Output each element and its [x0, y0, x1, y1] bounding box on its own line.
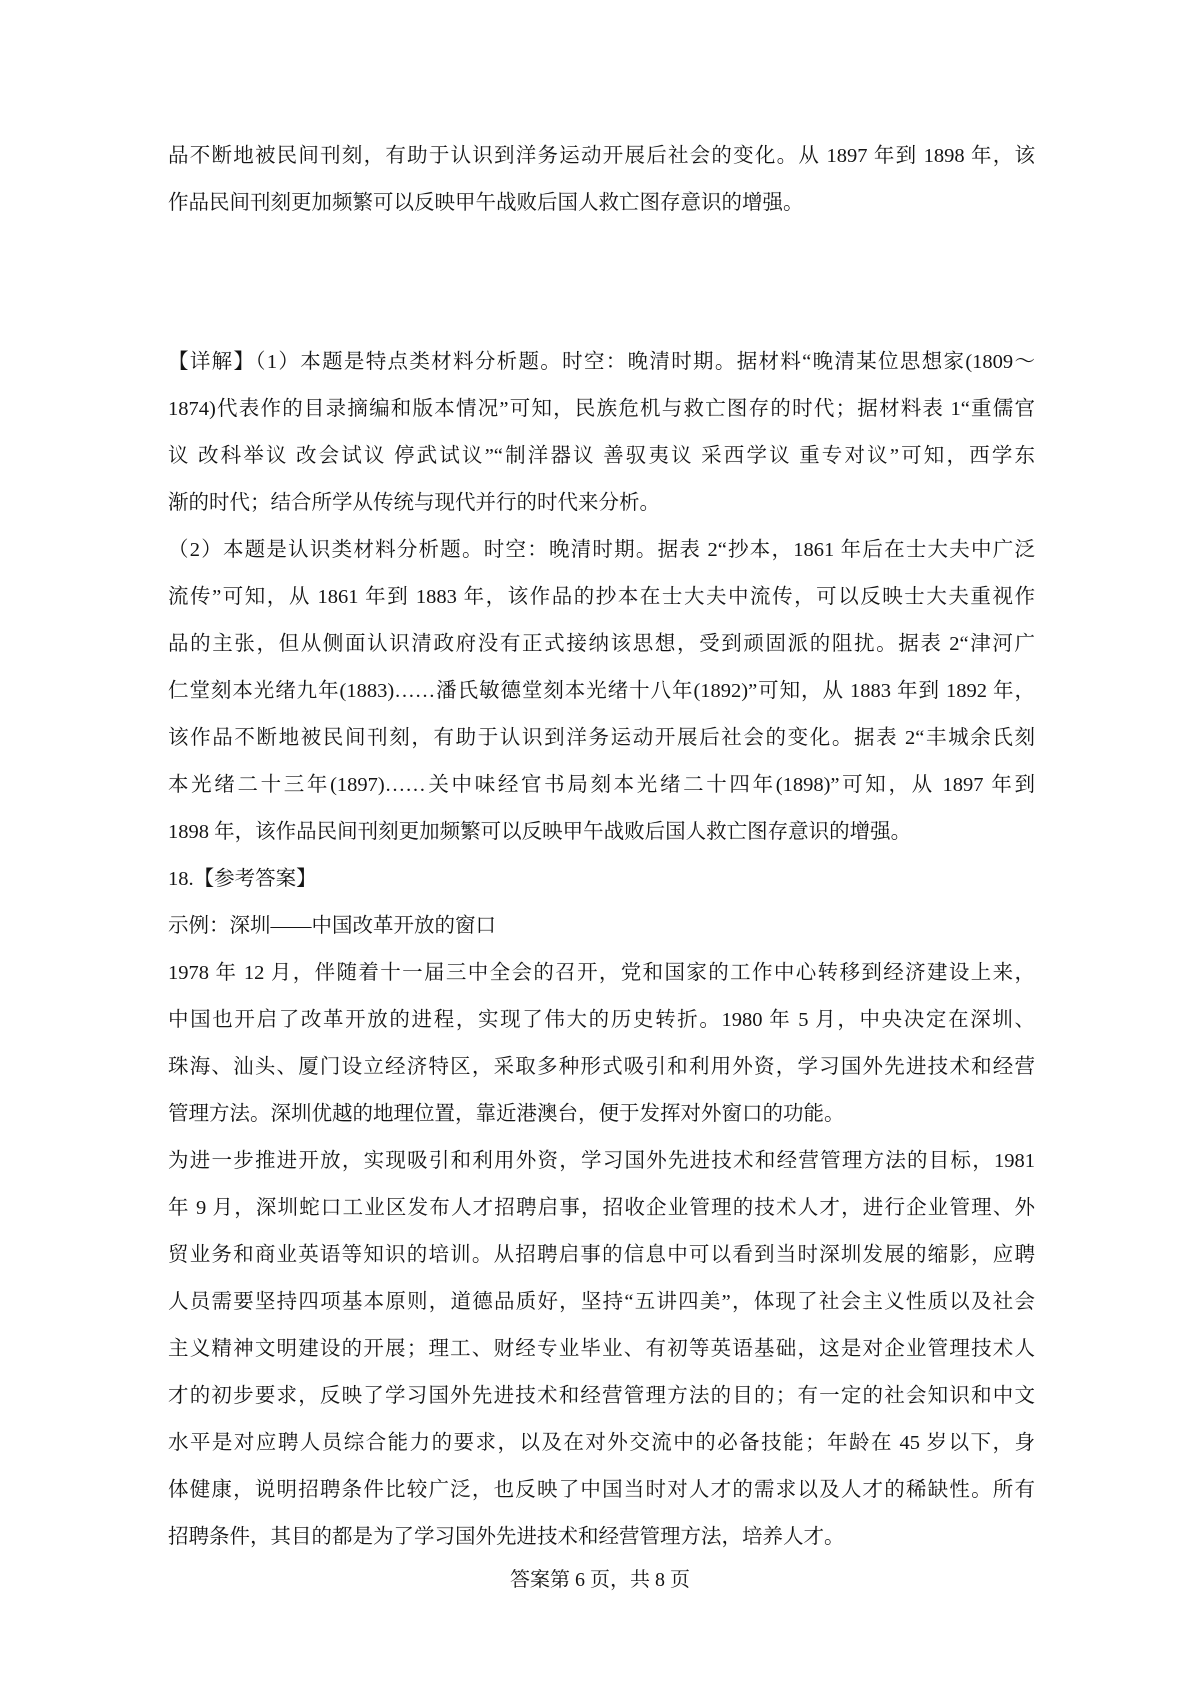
text-line: 1898 年，该作品民间刊刻更加频繁可以反映甲午战败后国人救亡图存意识的增强。 — [168, 809, 1035, 856]
text-line: 贸业务和商业英语等知识的培训。从招聘启事的信息中可以看到当时深圳发展的缩影，应聘 — [168, 1232, 1035, 1279]
text-line: 仁堂刻本光绪九年(1883)……潘氏敏德堂刻本光绪十八年(1892)”可知，从 … — [168, 668, 1035, 715]
text-line: 为进一步推进开放，实现吸引和利用外资，学习国外先进技术和经营管理方法的目标，19… — [168, 1138, 1035, 1185]
text-line: 才的初步要求，反映了学习国外先进技术和经营管理方法的目的；有一定的社会知识和中文 — [168, 1373, 1035, 1420]
text-line: 该作品不断地被民间刊刻，有助于认识到洋务运动开展后社会的变化。据表 2“丰城余氏… — [168, 715, 1035, 762]
text-line: 示例：深圳——中国改革开放的窗口 — [168, 903, 1035, 950]
text-line: 中国也开启了改革开放的进程，实现了伟大的历史转折。1980 年 5 月，中央决定… — [168, 997, 1035, 1044]
answer-text-block: 品不断地被民间刊刻，有助于认识到洋务运动开展后社会的变化。从 1897 年到 1… — [168, 133, 1035, 1561]
text-line: 珠海、汕头、厦门设立经济特区，采取多种形式吸引和利用外资，学习国外先进技术和经营 — [168, 1044, 1035, 1091]
text-line: 招聘条件，其目的都是为了学习国外先进技术和经营管理方法，培养人才。 — [168, 1514, 1035, 1561]
document-page: 品不断地被民间刊刻，有助于认识到洋务运动开展后社会的变化。从 1897 年到 1… — [0, 0, 1200, 1698]
text-line: 品不断地被民间刊刻，有助于认识到洋务运动开展后社会的变化。从 1897 年到 1… — [168, 133, 1035, 180]
text-line: 18.【参考答案】 — [168, 856, 1035, 903]
text-line: 主义精神文明建设的开展；理工、财经专业毕业、有初等英语基础，这是对企业管理技术人 — [168, 1326, 1035, 1373]
text-line: 人员需要坚持四项基本原则，道德品质好，坚持“五讲四美”，体现了社会主义性质以及社… — [168, 1279, 1035, 1326]
text-line: （2）本题是认识类材料分析题。时空：晚清时期。据表 2“抄本，1861 年后在士… — [168, 527, 1035, 574]
paragraph-gap — [168, 227, 1035, 339]
text-line: 1874)代表作的目录摘编和版本情况”可知，民族危机与救亡图存的时代；据材料表 … — [168, 386, 1035, 433]
text-line: 议 改科举议 改会试议 停武试议”“制洋器议 善驭夷议 采西学议 重专对议”可知… — [168, 433, 1035, 480]
text-line: 流传”可知，从 1861 年到 1883 年，该作品的抄本在士大夫中流传，可以反… — [168, 574, 1035, 621]
text-line: 管理方法。深圳优越的地理位置，靠近港澳台，便于发挥对外窗口的功能。 — [168, 1091, 1035, 1138]
text-line: 作品民间刊刻更加频繁可以反映甲午战败后国人救亡图存意识的增强。 — [168, 180, 1035, 227]
text-line: 渐的时代；结合所学从传统与现代并行的时代来分析。 — [168, 480, 1035, 527]
text-line: 水平是对应聘人员综合能力的要求，以及在对外交流中的必备技能；年龄在 45 岁以下… — [168, 1420, 1035, 1467]
text-line: 【详解】（1）本题是特点类材料分析题。时空：晚清时期。据材料“晚清某位思想家(1… — [168, 339, 1035, 386]
text-line: 体健康，说明招聘条件比较广泛，也反映了中国当时对人才的需求以及人才的稀缺性。所有 — [168, 1467, 1035, 1514]
page-footer: 答案第 6 页，共 8 页 — [0, 1557, 1200, 1604]
text-line: 本光绪二十三年(1897)……关中味经官书局刻本光绪二十四年(1898)”可知，… — [168, 762, 1035, 809]
text-line: 品的主张，但从侧面认识清政府没有正式接纳该思想，受到顽固派的阻扰。据表 2“津河… — [168, 621, 1035, 668]
text-line: 1978 年 12 月，伴随着十一届三中全会的召开，党和国家的工作中心转移到经济… — [168, 950, 1035, 997]
text-line: 年 9 月，深圳蛇口工业区发布人才招聘启事，招收企业管理的技术人才，进行企业管理… — [168, 1185, 1035, 1232]
